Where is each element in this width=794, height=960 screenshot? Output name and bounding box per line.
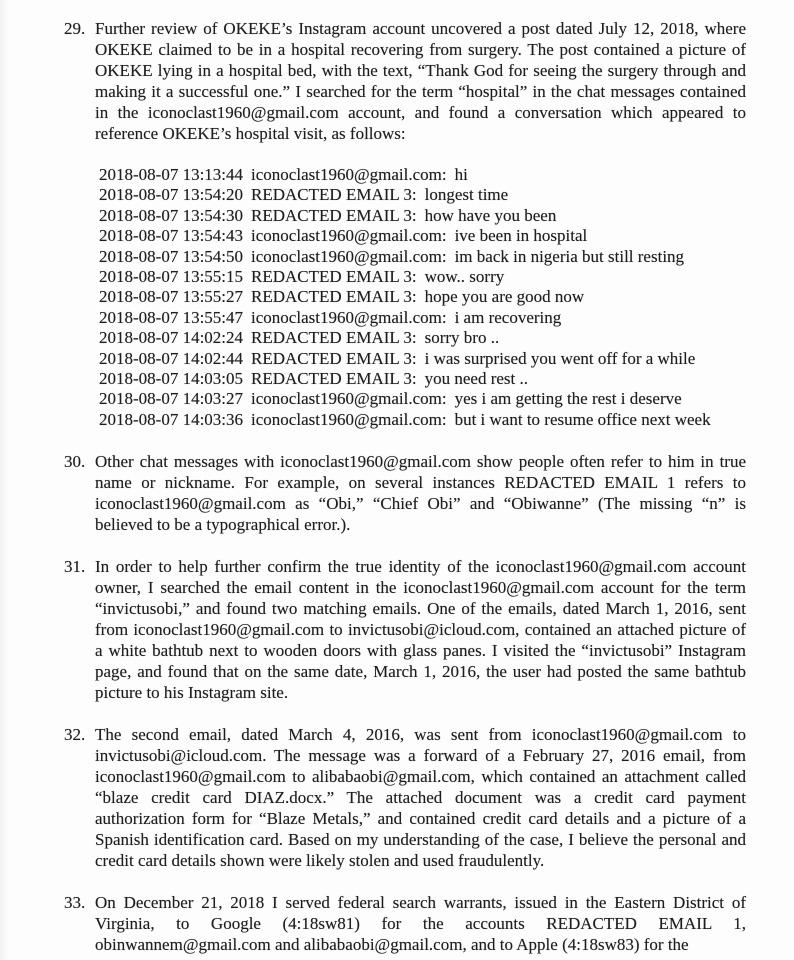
chat-timestamp: 2018-08-07 13:54:43 — [99, 226, 243, 245]
chat-timestamp: 2018-08-07 13:54:30 — [99, 206, 243, 225]
paragraph-33: 33. On December 21, 2018 I served federa… — [64, 892, 746, 955]
paragraph-text: On December 21, 2018 I served federal se… — [95, 892, 746, 955]
paragraph-31: 31. In order to help further confirm the… — [64, 556, 746, 703]
paragraph-30: 30. Other chat messages with iconoclast1… — [64, 451, 746, 535]
paragraph-29: 29. Further review of OKEKE’s Instagram … — [64, 18, 746, 144]
chat-entry: 2018-08-07 13:54:30REDACTED EMAIL 3:how … — [99, 206, 746, 226]
chat-message: im back in nigeria but still resting — [455, 247, 684, 266]
chat-sender: REDACTED EMAIL 3: — [251, 206, 417, 225]
chat-sender: iconoclast1960@gmail.com: — [251, 247, 447, 266]
chat-entry: 2018-08-07 13:54:50iconoclast1960@gmail.… — [99, 247, 746, 267]
chat-timestamp: 2018-08-07 13:13:44 — [99, 165, 243, 184]
chat-message: hope you are good now — [425, 287, 585, 306]
chat-entry: 2018-08-07 14:03:36iconoclast1960@gmail.… — [99, 410, 746, 430]
paragraph-32: 32. The second email, dated March 4, 201… — [64, 724, 746, 871]
chat-message: wow.. sorry — [425, 267, 505, 286]
chat-message: i was surprised you went off for a while — [425, 349, 696, 368]
chat-sender: REDACTED EMAIL 3: — [251, 287, 417, 306]
chat-message: yes i am getting the rest i deserve — [455, 389, 682, 408]
chat-timestamp: 2018-08-07 13:55:47 — [99, 308, 243, 327]
paragraph-text: The second email, dated March 4, 2016, w… — [95, 724, 746, 871]
chat-entry: 2018-08-07 13:13:44iconoclast1960@gmail.… — [99, 165, 746, 185]
paragraph-number: 30. — [64, 451, 95, 535]
chat-entry: 2018-08-07 13:54:43iconoclast1960@gmail.… — [99, 226, 746, 246]
chat-sender: iconoclast1960@gmail.com: — [251, 389, 447, 408]
chat-sender: iconoclast1960@gmail.com: — [251, 308, 447, 327]
paragraph-text: Other chat messages with iconoclast1960@… — [95, 451, 746, 535]
chat-sender: iconoclast1960@gmail.com: — [251, 226, 447, 245]
chat-message: you need rest .. — [425, 369, 528, 388]
chat-sender: REDACTED EMAIL 3: — [251, 369, 417, 388]
paragraph-number: 32. — [64, 724, 95, 871]
chat-entry: 2018-08-07 13:54:20REDACTED EMAIL 3:long… — [99, 185, 746, 205]
chat-entry: 2018-08-07 13:55:15REDACTED EMAIL 3:wow.… — [99, 267, 746, 287]
chat-entry: 2018-08-07 14:03:05REDACTED EMAIL 3:you … — [99, 369, 746, 389]
chat-timestamp: 2018-08-07 13:55:27 — [99, 287, 243, 306]
chat-sender: iconoclast1960@gmail.com: — [251, 165, 447, 184]
chat-sender: REDACTED EMAIL 3: — [251, 349, 417, 368]
chat-sender: REDACTED EMAIL 3: — [251, 185, 417, 204]
chat-sender: REDACTED EMAIL 3: — [251, 328, 417, 347]
chat-timestamp: 2018-08-07 14:02:24 — [99, 328, 243, 347]
chat-message: longest time — [425, 185, 509, 204]
chat-message: sorry bro .. — [425, 328, 500, 347]
chat-message: i am recovering — [455, 308, 562, 327]
chat-entry: 2018-08-07 14:02:44REDACTED EMAIL 3:i wa… — [99, 349, 746, 369]
chat-entry: 2018-08-07 14:02:24REDACTED EMAIL 3:sorr… — [99, 328, 746, 348]
chat-timestamp: 2018-08-07 13:54:50 — [99, 247, 243, 266]
chat-entry: 2018-08-07 14:03:27iconoclast1960@gmail.… — [99, 389, 746, 409]
chat-entry: 2018-08-07 13:55:47iconoclast1960@gmail.… — [99, 308, 746, 328]
chat-message: hi — [455, 165, 468, 184]
chat-timestamp: 2018-08-07 14:03:36 — [99, 410, 243, 429]
paragraph-number: 29. — [64, 18, 95, 144]
chat-message: but i want to resume office next week — [455, 410, 711, 429]
paragraph-number: 31. — [64, 556, 95, 703]
document-page: 29. Further review of OKEKE’s Instagram … — [0, 0, 794, 960]
paragraph-number: 33. — [64, 892, 95, 955]
paragraph-text: In order to help further confirm the tru… — [95, 556, 746, 703]
chat-log: 2018-08-07 13:13:44iconoclast1960@gmail.… — [99, 165, 746, 430]
chat-timestamp: 2018-08-07 14:03:05 — [99, 369, 243, 388]
chat-timestamp: 2018-08-07 14:03:27 — [99, 389, 243, 408]
chat-sender: iconoclast1960@gmail.com: — [251, 410, 447, 429]
chat-entry: 2018-08-07 13:55:27REDACTED EMAIL 3:hope… — [99, 287, 746, 307]
chat-timestamp: 2018-08-07 13:55:15 — [99, 267, 243, 286]
chat-timestamp: 2018-08-07 14:02:44 — [99, 349, 243, 368]
chat-sender: REDACTED EMAIL 3: — [251, 267, 417, 286]
chat-message: ive been in hospital — [455, 226, 588, 245]
chat-timestamp: 2018-08-07 13:54:20 — [99, 185, 243, 204]
paragraph-text: Further review of OKEKE’s Instagram acco… — [95, 18, 746, 144]
chat-message: how have you been — [425, 206, 557, 225]
